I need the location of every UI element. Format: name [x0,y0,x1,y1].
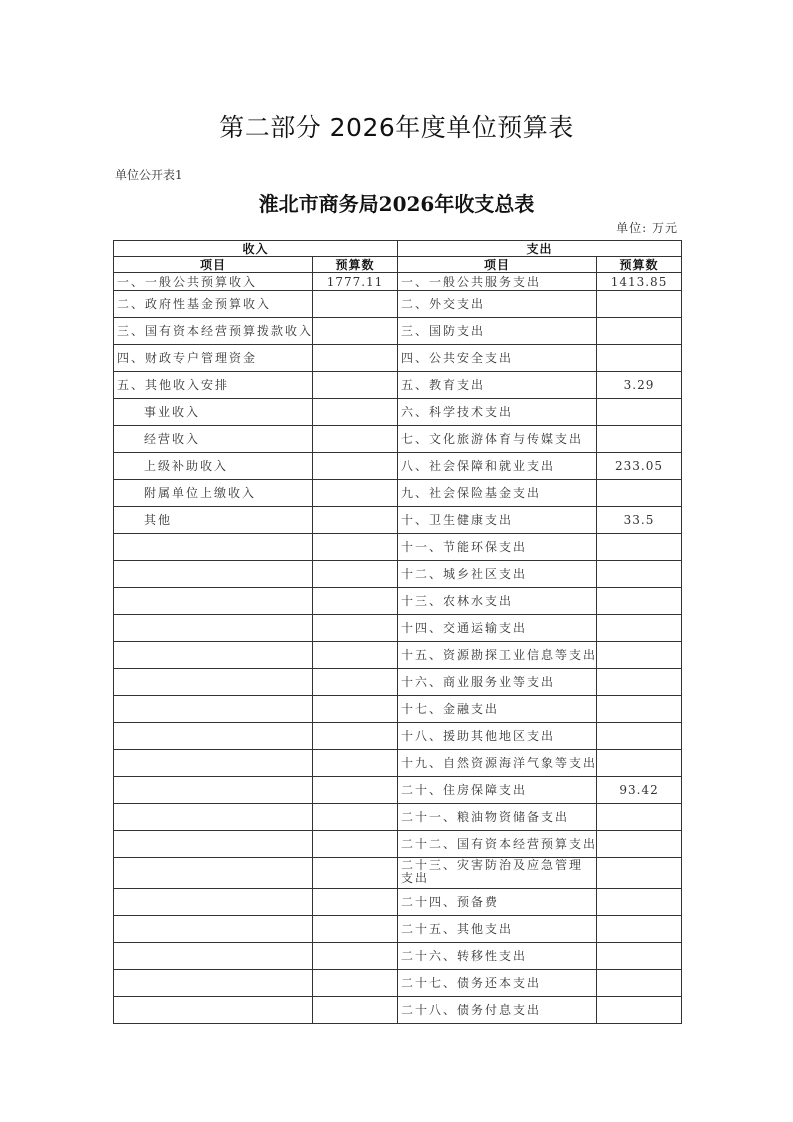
income-amount-cell [313,804,398,831]
table-row: 十九、自然资源海洋气象等支出 [114,750,682,777]
income-item-cell [114,858,313,889]
expense-item-cell: 二十八、债务付息支出 [398,997,597,1024]
expense-item-cell: 二十、住房保障支出 [398,777,597,804]
income-amount-cell [313,669,398,696]
income-amount-cell [313,696,398,723]
income-amount-cell [313,642,398,669]
table-row: 二、政府性基金预算收入二、外交支出 [114,291,682,318]
expense-amount-cell [597,889,682,916]
income-amount-cell [313,831,398,858]
income-amount-cell [313,453,398,480]
expense-amount-cell [597,696,682,723]
expense-item-cell: 十二、城乡社区支出 [398,561,597,588]
expense-amount-cell [597,615,682,642]
table-row: 十八、援助其他地区支出 [114,723,682,750]
expense-item-cell: 二、外交支出 [398,291,597,318]
expense-amount-cell [597,426,682,453]
income-amount-cell [313,750,398,777]
expense-item-cell: 二十六、转移性支出 [398,943,597,970]
income-item-cell: 事业收入 [114,399,313,426]
expense-amount-cell [597,534,682,561]
table-row: 二十六、转移性支出 [114,943,682,970]
expense-amount-cell [597,669,682,696]
expense-amount-cell: 1413.85 [597,273,682,291]
expense-amount-cell [597,723,682,750]
income-amount-cell [313,615,398,642]
expense-amount-cell: 3.29 [597,372,682,399]
income-item-cell: 附属单位上缴收入 [114,480,313,507]
income-amount-cell [313,372,398,399]
expense-header: 支出 [398,241,682,257]
expense-amount-cell [597,916,682,943]
income-item-cell [114,696,313,723]
expense-item-cell: 十、卫生健康支出 [398,507,597,534]
income-amount-cell [313,970,398,997]
expense-amount-cell [597,480,682,507]
expense-item-cell: 九、社会保险基金支出 [398,480,597,507]
income-amount-cell [313,291,398,318]
expense-item-cell: 十五、资源勘探工业信息等支出 [398,642,597,669]
expense-amount-cell [597,291,682,318]
income-item-cell [114,615,313,642]
income-item-cell [114,804,313,831]
table-row: 上级补助收入八、社会保障和就业支出233.05 [114,453,682,480]
income-item-header: 项目 [114,257,313,273]
table-row: 二十二、国有资本经营预算支出 [114,831,682,858]
expense-item-cell: 二十七、债务还本支出 [398,970,597,997]
income-amount-cell [313,777,398,804]
income-amount-cell [313,889,398,916]
table-row: 三、国有资本经营预算拨款收入三、国防支出 [114,318,682,345]
expense-amount-cell [597,588,682,615]
income-header: 收入 [114,241,398,257]
expense-item-cell: 六、科学技术支出 [398,399,597,426]
income-item-cell: 经营收入 [114,426,313,453]
expense-item-cell: 二十一、粮油物资储备支出 [398,804,597,831]
income-item-cell [114,723,313,750]
income-item-cell [114,750,313,777]
expense-item-cell: 五、教育支出 [398,372,597,399]
income-amount-cell [313,534,398,561]
expense-amount-cell [597,642,682,669]
expense-item-cell: 二十二、国有资本经营预算支出 [398,831,597,858]
table-row: 十一、节能环保支出 [114,534,682,561]
expense-item-cell: 一、一般公共服务支出 [398,273,597,291]
table-row: 二十一、粮油物资储备支出 [114,804,682,831]
expense-item-cell: 十四、交通运输支出 [398,615,597,642]
income-amount-cell [313,399,398,426]
expense-amount-cell: 33.5 [597,507,682,534]
expense-item-cell: 十九、自然资源海洋气象等支出 [398,750,597,777]
expense-amount-cell [597,750,682,777]
table-row: 十三、农林水支出 [114,588,682,615]
table-row: 二十七、债务还本支出 [114,970,682,997]
income-item-cell [114,642,313,669]
table-row: 二十八、债务付息支出 [114,997,682,1024]
table-row: 事业收入六、科学技术支出 [114,399,682,426]
income-item-cell [114,561,313,588]
table-row: 十七、金融支出 [114,696,682,723]
table-row: 十二、城乡社区支出 [114,561,682,588]
income-amount-cell: 1777.11 [313,273,398,291]
table-column-header-row: 项目 预算数 项目 预算数 [114,257,682,273]
expense-amount-cell [597,943,682,970]
expense-amount-cell [597,561,682,588]
unit-label: 单位: 万元 [616,219,678,236]
income-item-cell [114,916,313,943]
expense-amount-header: 预算数 [597,257,682,273]
income-amount-cell [313,943,398,970]
table-row: 十六、商业服务业等支出 [114,669,682,696]
income-item-cell [114,970,313,997]
income-amount-cell [313,426,398,453]
expense-amount-cell [597,858,682,889]
expense-item-cell: 二十四、预备费 [398,889,597,916]
expense-item-cell: 十六、商业服务业等支出 [398,669,597,696]
income-item-cell: 三、国有资本经营预算拨款收入 [114,318,313,345]
expense-item-cell: 七、文化旅游体育与传媒支出 [398,426,597,453]
expense-item-cell: 十一、节能环保支出 [398,534,597,561]
income-item-cell [114,534,313,561]
table-row: 附属单位上缴收入九、社会保险基金支出 [114,480,682,507]
income-item-cell [114,997,313,1024]
expense-item-cell: 四、公共安全支出 [398,345,597,372]
expense-item-cell: 十八、援助其他地区支出 [398,723,597,750]
expense-amount-cell [597,345,682,372]
table-row: 十五、资源勘探工业信息等支出 [114,642,682,669]
income-amount-cell [313,858,398,889]
expense-item-cell: 八、社会保障和就业支出 [398,453,597,480]
expense-item-cell: 十三、农林水支出 [398,588,597,615]
part-title: 第二部分 2026年度单位预算表 [0,108,793,144]
income-item-cell [114,831,313,858]
expense-amount-cell [597,997,682,1024]
table-row: 五、其他收入安排五、教育支出3.29 [114,372,682,399]
income-amount-cell [313,588,398,615]
expense-item-header: 项目 [398,257,597,273]
income-amount-cell [313,318,398,345]
income-item-cell: 一、一般公共预算收入 [114,273,313,291]
income-item-cell [114,889,313,916]
table-row: 二十五、其他支出 [114,916,682,943]
expense-amount-cell [597,831,682,858]
table-row: 十四、交通运输支出 [114,615,682,642]
table-row: 一、一般公共预算收入1777.11一、一般公共服务支出1413.85 [114,273,682,291]
expense-item-cell: 十七、金融支出 [398,696,597,723]
income-item-cell [114,588,313,615]
expense-amount-cell [597,399,682,426]
income-amount-cell [313,345,398,372]
income-item-cell: 上级补助收入 [114,453,313,480]
table-row: 二十四、预备费 [114,889,682,916]
income-item-cell [114,943,313,970]
income-amount-cell [313,507,398,534]
income-item-cell [114,669,313,696]
table-row: 经营收入七、文化旅游体育与传媒支出 [114,426,682,453]
income-amount-cell [313,480,398,507]
table-section-header-row: 收入 支出 [114,241,682,257]
expense-amount-cell [597,318,682,345]
income-item-cell [114,777,313,804]
expense-item-cell: 三、国防支出 [398,318,597,345]
income-item-cell: 其他 [114,507,313,534]
table-row: 其他十、卫生健康支出33.5 [114,507,682,534]
income-item-cell: 二、政府性基金预算收入 [114,291,313,318]
income-amount-cell [313,997,398,1024]
expense-item-cell: 二十三、灾害防治及应急管理支出 [398,858,597,889]
table-code: 单位公开表1 [115,166,183,183]
expense-amount-cell [597,804,682,831]
table-row: 二十三、灾害防治及应急管理支出 [114,858,682,889]
budget-summary-table: 收入 支出 项目 预算数 项目 预算数 一、一般公共预算收入1777.11一、一… [113,240,682,1024]
expense-amount-cell: 233.05 [597,453,682,480]
income-amount-cell [313,916,398,943]
table-row: 二十、住房保障支出93.42 [114,777,682,804]
income-amount-header: 预算数 [313,257,398,273]
income-item-cell: 四、财政专户管理资金 [114,345,313,372]
income-amount-cell [313,723,398,750]
income-item-cell: 五、其他收入安排 [114,372,313,399]
expense-amount-cell: 93.42 [597,777,682,804]
table-title: 淮北市商务局2026年收支总表 [0,188,793,217]
income-amount-cell [313,561,398,588]
table-row: 四、财政专户管理资金四、公共安全支出 [114,345,682,372]
expense-item-cell: 二十五、其他支出 [398,916,597,943]
expense-amount-cell [597,970,682,997]
